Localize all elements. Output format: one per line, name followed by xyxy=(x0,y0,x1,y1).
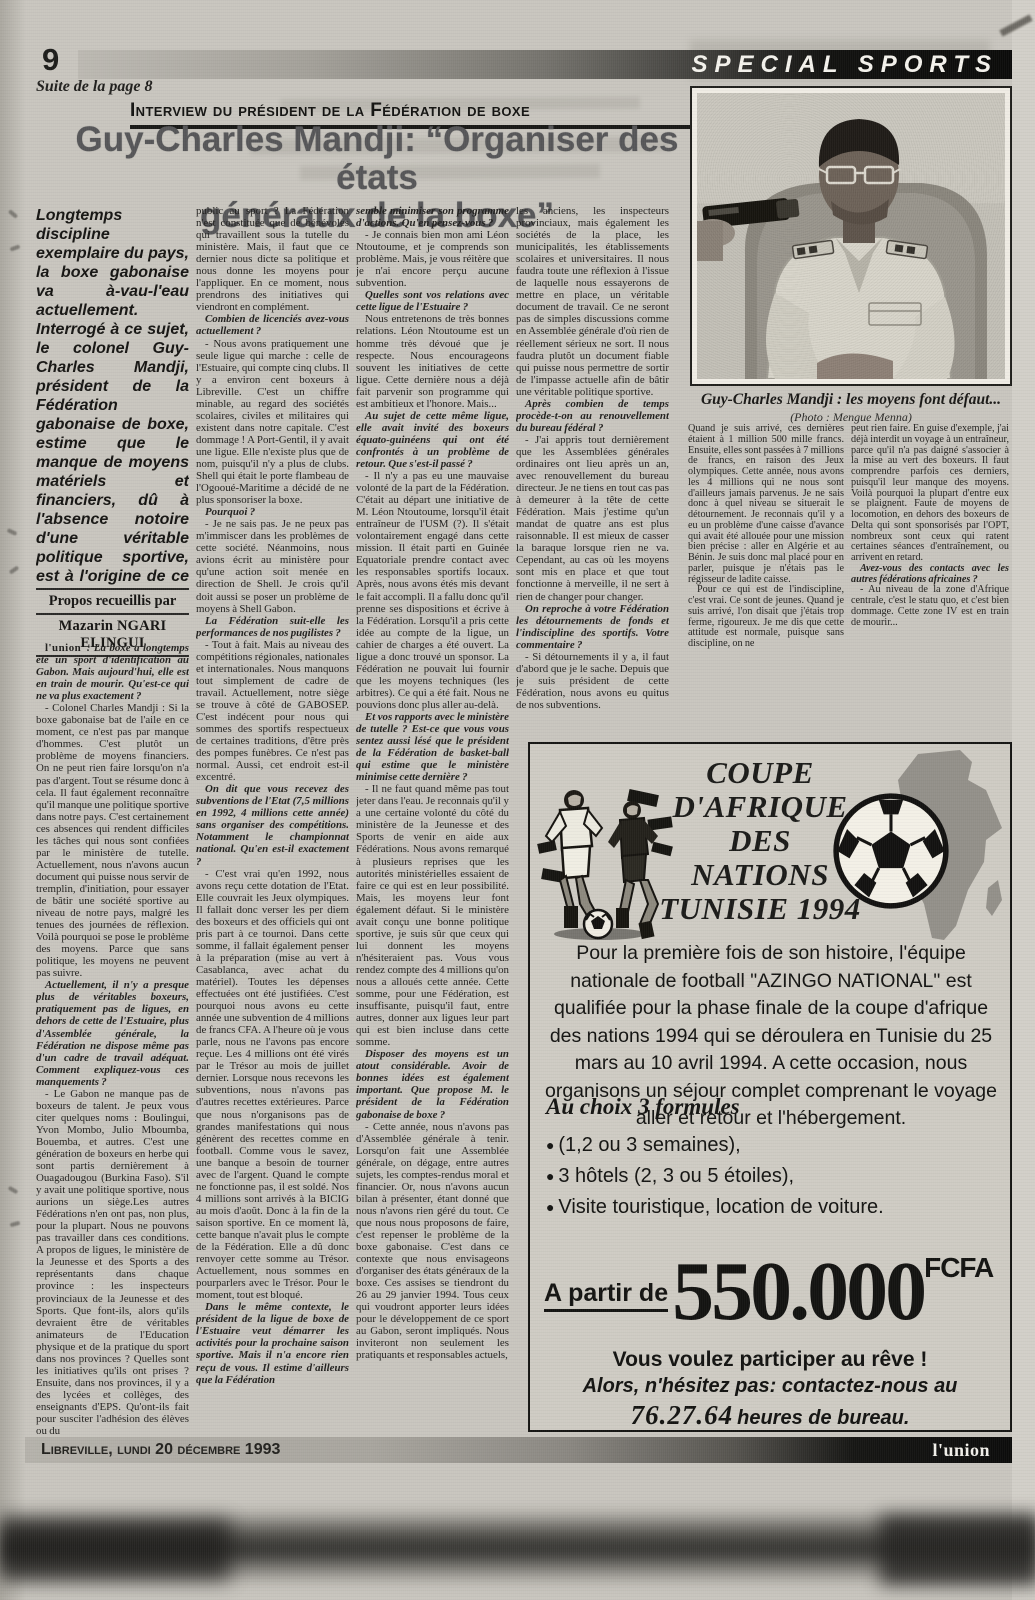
photo-credit: (Photo : Mengue Menna) xyxy=(690,410,1012,425)
interview-answer: - Colonel Charles Mandji : Si la boxe ga… xyxy=(36,702,189,979)
headline-line-1: Guy-Charles Mandji: “Organiser des états xyxy=(30,121,724,197)
interview-question: Et vos rapports avec le ministère de tut… xyxy=(356,711,509,783)
photo-caption: Guy-Charles Mandji : les moyens font déf… xyxy=(690,391,1012,409)
interview-question: l'union : La boxe a longtemps été un spo… xyxy=(36,642,189,702)
portrait-photo-image xyxy=(697,93,1005,379)
section-header-bar: SPECIAL SPORTS xyxy=(78,50,1012,79)
interview-question: Disposer des moyens est un atout considé… xyxy=(356,1048,509,1120)
interview-question: Après combien de temps procède-t-on au r… xyxy=(516,398,669,434)
interview-answer: peut rien faire. En guise d'exemple, j'a… xyxy=(851,424,1009,564)
footer-bar: Libreville, lundi 20 décembre 1993 l'uni… xyxy=(25,1437,1012,1463)
scan-bottom-smudge xyxy=(880,1515,1035,1585)
byline-label: Propos recueillis par xyxy=(36,593,189,610)
ad-cta-line-1: Vous voulez participer au rêve ! xyxy=(530,1348,1010,1372)
interview-answer: - Cette année, nous n'avons pas d'Assemb… xyxy=(356,1121,509,1362)
interview-question: Actuellement, il n'y a presque plus de v… xyxy=(36,979,189,1087)
ad-phone-suffix: heures de bureau. xyxy=(737,1407,909,1429)
interview-question: Dans le même contexte, le président de l… xyxy=(196,1301,349,1385)
ad-title: COUPED'AFRIQUEDESNATIONSTUNISIE 1994 xyxy=(626,756,894,926)
interview-answer: - Il n'y a pas eu une mauvaise volonté d… xyxy=(356,470,509,711)
interview-question: Combien de licenciés avez-vous actuellem… xyxy=(196,313,349,337)
interview-answer: - Si détournements il y a, il faut d'abo… xyxy=(516,651,669,711)
interview-question: Avez-vous des contacts avec les autres f… xyxy=(851,564,1009,586)
interview-question: semble minimiser son programme d'actions… xyxy=(356,205,509,229)
byline-rule xyxy=(36,588,189,590)
interview-answer: - J'ai appris tout dernièrement que les … xyxy=(516,434,669,603)
interview-question: Au sujet de cette même ligue, elle avait… xyxy=(356,410,509,470)
interview-answer: - C'est vrai qu'en 1992, nous avons reçu… xyxy=(196,868,349,1302)
article-column-6: peut rien faire. En guise d'exemple, j'a… xyxy=(851,424,1009,744)
footer-date: Libreville, lundi 20 décembre 1993 xyxy=(25,1441,932,1459)
newspaper-page: { "page": { "number": "9", "section": "S… xyxy=(0,0,1035,1600)
section-title: SPECIAL SPORTS xyxy=(692,51,1013,79)
interview-question: La Fédération suit-elle les performances… xyxy=(196,615,349,639)
article-column-2: public au sport ? La Fédération n'est co… xyxy=(196,205,349,1452)
article-column-1: l'union : La boxe a longtemps été un spo… xyxy=(36,642,189,1450)
interview-answer: - Il ne faut quand même pas tout jeter d… xyxy=(356,783,509,1048)
interview-answer: les anciens, les inspecteurs provinciaux… xyxy=(516,205,669,398)
scan-edge-shadow-left xyxy=(0,0,26,1600)
article-lead: Longtemps discipline exemplaire du pays,… xyxy=(36,206,189,586)
interview-answer: - Nous avons pratiquement une seule ligu… xyxy=(196,338,349,507)
ad-bullet-item: 3 hôtels (2, 3 ou 5 étoiles), xyxy=(546,1161,884,1192)
ad-bullet-item: (1,2 ou 3 semaines), xyxy=(546,1130,884,1161)
ad-price-prefix: A partir de xyxy=(544,1279,668,1312)
ad-title-line: COUPE xyxy=(626,756,894,790)
advertisement-can-tunisie-1994: COUPED'AFRIQUEDESNATIONSTUNISIE 1994 Pou… xyxy=(528,742,1012,1432)
footer-brand-logo: l'union xyxy=(932,1440,1012,1461)
ad-price-currency: FCFA xyxy=(924,1252,993,1283)
ad-price-amount: 550.000 xyxy=(672,1245,924,1338)
interview-answer: - Tout à fait. Mais au niveau des compét… xyxy=(196,639,349,784)
ad-cta-line-2: Alors, n'hésitez pas: contactez-nous au xyxy=(530,1375,1010,1398)
byline-rule xyxy=(36,613,189,615)
ad-phone-number: 76.27.64 xyxy=(631,1400,734,1430)
interview-question: On dit que vous recevez des subventions … xyxy=(196,783,349,867)
ad-choices-heading: Au choix 3 formules xyxy=(546,1094,740,1120)
article-column-5: Quand je suis arrivé, ces dernières étai… xyxy=(688,424,844,744)
ad-price-block: A partir de 550.000FCFA xyxy=(544,1252,1000,1327)
ad-title-line: TUNISIE 1994 xyxy=(626,892,894,926)
ad-phone-line: 76.27.64 heures de bureau. xyxy=(530,1400,1010,1430)
interview-answer: - Je connais bien mon ami Léon Ntoutoume… xyxy=(356,229,509,289)
interview-answer: Quand je suis arrivé, ces dernières étai… xyxy=(688,424,844,585)
interview-question: Quelles sont vos relations avec cette li… xyxy=(356,289,509,313)
interview-answer: - Je ne sais pas. Je ne peux pas m'immis… xyxy=(196,518,349,614)
ad-title-line: DES xyxy=(626,824,894,858)
interview-answer: Nous entretenons de très bonnes relation… xyxy=(356,313,509,409)
article-column-3: semble minimiser son programme d'actions… xyxy=(356,205,509,1452)
article-column-4: les anciens, les inspecteurs provinciaux… xyxy=(516,205,669,737)
paper-name-lead: l'union xyxy=(45,642,81,654)
portrait-photo xyxy=(690,86,1012,386)
interview-question: Pourquoi ? xyxy=(196,506,349,518)
interview-answer: - Au niveau de la zone d'Afrique central… xyxy=(851,585,1009,628)
interview-question: On reproche à votre Fédération les détou… xyxy=(516,603,669,651)
ad-choices-list: (1,2 ou 3 semaines),3 hôtels (2, 3 ou 5 … xyxy=(546,1130,884,1223)
page-number: 9 xyxy=(42,42,59,78)
interview-answer: public au sport ? La Fédération n'est co… xyxy=(196,205,349,313)
ad-bullet-item: Visite touristique, location de voiture. xyxy=(546,1192,884,1223)
ad-title-line: D'AFRIQUE xyxy=(626,790,894,824)
interview-answer: - Le Gabon ne manque pas de boxeurs de t… xyxy=(36,1088,189,1437)
ad-title-line: NATIONS xyxy=(626,858,894,892)
continuation-note: Suite de la page 8 xyxy=(36,78,152,96)
scan-bottom-smudge xyxy=(0,1520,230,1580)
scan-edge-strip-right xyxy=(1012,0,1035,1600)
interview-answer: Pour ce qui est de l'indiscipline, c'est… xyxy=(688,585,844,650)
